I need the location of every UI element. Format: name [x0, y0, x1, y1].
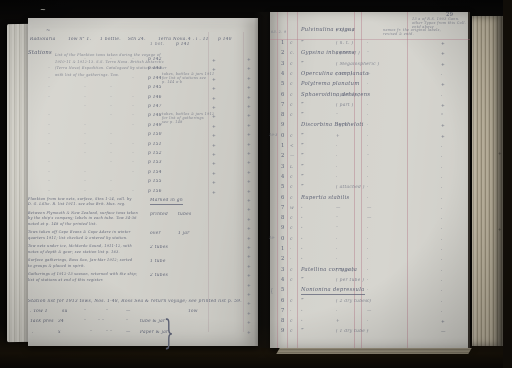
notes-mark: ·	[367, 42, 369, 47]
check-tick: ·	[441, 155, 443, 160]
row-number: 6	[281, 299, 285, 305]
notes-mark: ·	[367, 114, 369, 119]
row-ditto: c	[290, 83, 293, 88]
check-tick: ·	[441, 197, 443, 202]
bottom-cell: ”	[90, 331, 93, 336]
row-ditto: c	[290, 114, 293, 119]
row-ditto: c	[290, 330, 293, 335]
row-ditto: c	[290, 186, 293, 191]
bottom-cell: —	[126, 310, 131, 315]
species-name: ·	[301, 226, 303, 232]
notes-mark: c	[367, 300, 370, 305]
notes-mark: ·	[367, 279, 369, 284]
species-qualifier: ( part of )	[336, 94, 360, 99]
row-number: 6	[281, 93, 285, 99]
species-qualifier: ( Megalospheric )	[336, 63, 380, 68]
notes-mark: ·	[367, 269, 369, 274]
species-name: Discorbina Bertheloti	[301, 123, 364, 129]
ledger-photo: ~ ~ Stations RadiolariaTow n° 1.1 bottle…	[0, 0, 512, 368]
species-qualifier: ·	[336, 248, 338, 253]
check-tick: +	[441, 63, 445, 68]
dust-mark: ~	[40, 6, 46, 14]
row-number: 2	[281, 51, 285, 57]
species-qualifier: ( 2 dry tubes )	[336, 300, 371, 305]
row-ditto: c	[290, 104, 293, 109]
row-ditto: c	[290, 63, 293, 68]
row-number: 1	[281, 41, 285, 47]
row-number: 7	[281, 206, 285, 212]
bottom-cell: ” ”	[98, 320, 105, 325]
species-qualifier: ( attached )	[336, 186, 365, 191]
species-qualifier: ·	[336, 166, 338, 171]
species-qualifier: ”	[336, 114, 339, 119]
species-name: ·	[301, 309, 303, 315]
row-number: 8	[281, 216, 285, 222]
notes-mark: ·	[367, 176, 369, 181]
species-qualifier: Type	[336, 124, 348, 129]
row-number: 5	[281, 288, 285, 294]
bottom-cell: . Tow 1	[30, 310, 48, 315]
bottom-cell: ”	[84, 310, 87, 315]
row-ditto: c	[290, 269, 293, 274]
row-ditto: ·	[290, 258, 292, 263]
notes-mark: ”	[367, 52, 370, 57]
species-name: ”	[301, 134, 304, 140]
notes-mark: ·	[367, 63, 369, 68]
species-name: ”	[301, 185, 304, 191]
species-name: ·	[301, 206, 303, 212]
check-tick: +	[441, 52, 445, 57]
check-tick: ·	[441, 279, 443, 284]
notes-mark: ·	[367, 135, 369, 140]
notes-mark: ·	[367, 166, 369, 171]
row-number: 1	[281, 144, 285, 150]
row-ditto: w	[290, 207, 294, 212]
right-page: 29 13 a of R.S. 1903 Gann.other Types fr…	[270, 12, 470, 348]
species-qualifier: ( 1 dry tube )	[336, 330, 369, 335]
notes-mark: ·	[367, 227, 369, 232]
bottom-cell: .	[32, 331, 34, 336]
check-tick: ·	[441, 227, 443, 232]
bottom-cell: 34	[58, 320, 64, 325]
year-label: {	[271, 288, 273, 295]
species-name: Rupertia stabilis	[301, 196, 350, 202]
row-ditto: c	[290, 73, 293, 78]
left-page: ~ Stations RadiolariaTow n° 1.1 bottle.S…	[28, 18, 258, 346]
row-number: 6	[281, 196, 285, 202]
left-page-edge-stack	[7, 24, 28, 342]
row-number: 1	[281, 247, 285, 253]
species-qualifier: ·	[336, 258, 338, 263]
notes-mark: ·	[367, 197, 369, 202]
row-ditto: c	[290, 94, 293, 99]
species-qualifier: ( n. t. )	[336, 42, 353, 47]
species-name: ”	[301, 165, 304, 171]
check-tick: ·	[441, 186, 443, 191]
fore-edge-mark: +	[498, 152, 502, 157]
right-page-edge-stack: ++	[472, 16, 503, 346]
row-number: 4	[281, 175, 285, 181]
notes-mark: ·	[367, 248, 369, 253]
row-number: 8	[281, 113, 285, 119]
bottom-cell: Tack pres	[30, 320, 54, 325]
species-name: ·	[301, 216, 303, 222]
row-number: 2	[281, 154, 285, 160]
row-ditto: <	[290, 145, 294, 150]
check-tick: —	[441, 330, 446, 335]
check-tick: ·	[441, 310, 443, 315]
check-tick: ·	[441, 258, 443, 263]
notes-mark: ”	[367, 94, 370, 99]
species-qualifier: ·	[336, 176, 338, 181]
check-tick: ·	[441, 176, 443, 181]
species-name: Nonionina depressula	[301, 288, 365, 295]
notes-mark: ·	[367, 186, 369, 191]
species-name: ”	[301, 113, 304, 119]
row-number: 0	[281, 134, 285, 140]
check-tick: ”	[441, 114, 444, 119]
row-ditto: c	[290, 197, 293, 202]
bottom-cell: Tow	[188, 310, 198, 315]
check-tick: ·	[441, 145, 443, 150]
species-name: Polytrema planatum	[301, 82, 360, 88]
check-tick: ·	[441, 217, 443, 222]
row-ditto: c	[290, 300, 293, 305]
species-name: ”	[301, 278, 304, 284]
species-qualifier: ·	[336, 310, 338, 315]
book-cover-edge	[503, 0, 512, 368]
bottom-cell: —	[126, 331, 131, 336]
species-qualifier: ·	[336, 155, 338, 160]
species-name: ·	[301, 247, 303, 253]
species-name: ·	[301, 257, 303, 263]
species-qualifier: —	[336, 207, 341, 212]
row-ditto: c	[290, 320, 293, 325]
row-number: 4	[281, 278, 285, 284]
row-number: 0	[281, 237, 285, 243]
check-tick: +	[441, 135, 445, 140]
bottom-cell: ” ”	[106, 331, 113, 336]
row-ditto: ·	[290, 310, 292, 315]
notes-mark: —	[367, 207, 372, 212]
species-qualifier: ( part of )	[336, 52, 360, 57]
bottom-cell: tube & jar	[140, 320, 165, 325]
fore-edge-mark: +	[498, 228, 502, 233]
species-qualifier: ( type )	[336, 269, 354, 274]
notes-mark: ·	[367, 330, 369, 335]
species-name: Operculina complanata	[301, 72, 369, 78]
species-qualifier: ·	[336, 145, 338, 150]
notes-mark: —	[367, 217, 372, 222]
row-number: 3	[281, 62, 285, 68]
row-ditto: c	[290, 176, 293, 181]
species-name: ·	[301, 237, 303, 243]
bottom-cell: ”	[126, 320, 129, 325]
row-ditto: c.	[290, 52, 294, 57]
notes-mark: +	[367, 73, 371, 78]
row-ditto: c	[290, 135, 293, 140]
species-name: ”	[301, 144, 304, 150]
row-number: 5	[281, 185, 285, 191]
row-ditto: L	[290, 166, 293, 171]
species-name: ”	[301, 62, 304, 68]
bottom-cell: x	[58, 331, 61, 336]
species-name: ·	[301, 319, 303, 325]
row-number: 4	[281, 72, 285, 78]
check-tick: +	[441, 104, 445, 109]
row-ditto: ·	[290, 248, 292, 253]
species-name: ”	[301, 329, 304, 335]
row-number: 8	[281, 319, 285, 325]
notes-mark: ·	[367, 124, 369, 129]
row-number: 9	[281, 123, 285, 129]
check-tick: ·	[441, 248, 443, 253]
bottom-page-stack	[276, 348, 471, 354]
notes-mark: ·	[367, 289, 369, 294]
check-tick: ·	[441, 289, 443, 294]
bottom-rows: . Tow 1su””—TowTack pres34”” ””tube & ja…	[28, 18, 258, 346]
notes-mark: ·	[367, 83, 369, 88]
check-tick: ·	[441, 94, 443, 99]
notes-mark: ·	[367, 258, 369, 263]
row-number: 3	[281, 268, 285, 274]
row-ditto: c	[290, 279, 293, 284]
species-name: ”	[301, 175, 304, 181]
species-qualifier: ·	[336, 238, 338, 243]
row-number: 9	[281, 329, 285, 335]
row-ditto: c	[290, 217, 293, 222]
row-number: 5	[281, 82, 285, 88]
row-number: 2	[281, 257, 285, 263]
grouping-brace: }	[164, 314, 174, 353]
row-number: 3	[281, 165, 285, 171]
species-qualifier: +	[336, 135, 340, 140]
row-number: 7	[281, 309, 285, 315]
species-qualifier: ( part )	[336, 104, 354, 109]
check-tick: +	[441, 320, 445, 325]
notes-mark: ·	[367, 145, 369, 150]
species-qualifier: ”	[336, 217, 339, 222]
species-name: ”	[301, 154, 304, 160]
row-ditto: c	[290, 227, 293, 232]
check-tick: +	[441, 83, 445, 88]
bottom-cell: su	[62, 310, 68, 315]
row-number: 7	[281, 103, 285, 109]
species-qualifier: ( per tube )	[336, 279, 364, 284]
species-name: ”	[301, 41, 304, 47]
row-ditto: —	[290, 155, 295, 160]
row-ditto: c	[290, 42, 293, 47]
check-tick: +	[441, 42, 445, 47]
check-tick: ·	[441, 73, 443, 78]
check-tick: +	[441, 124, 445, 129]
notes-mark: ·	[367, 238, 369, 243]
row-ditto: c	[290, 238, 293, 243]
bottom-cell: ”	[84, 320, 87, 325]
bottom-cell: ”	[106, 310, 109, 315]
row-number: 9	[281, 226, 285, 232]
check-tick: ·	[441, 269, 443, 274]
species-qualifier: ”	[336, 227, 339, 232]
species-qualifier: ( var. )	[336, 73, 352, 78]
check-tick: ·	[441, 300, 443, 305]
year-label: 19·	[269, 237, 275, 241]
check-tick: ·	[441, 166, 443, 171]
species-qualifier: +	[336, 320, 340, 325]
register-rows: 1c”( n. t. )·+2c.Gypsina inhaerens( part…	[270, 12, 470, 348]
check-tick: ·	[441, 207, 443, 212]
species-name: ”	[301, 299, 304, 305]
year-label: 19·3	[269, 134, 278, 138]
notes-mark: ”	[367, 155, 370, 160]
check-tick: ·	[441, 238, 443, 243]
notes-mark: —	[367, 310, 372, 315]
species-name: ”	[301, 103, 304, 109]
notes-mark: ·	[367, 104, 369, 109]
notes-mark: ·	[367, 320, 369, 325]
